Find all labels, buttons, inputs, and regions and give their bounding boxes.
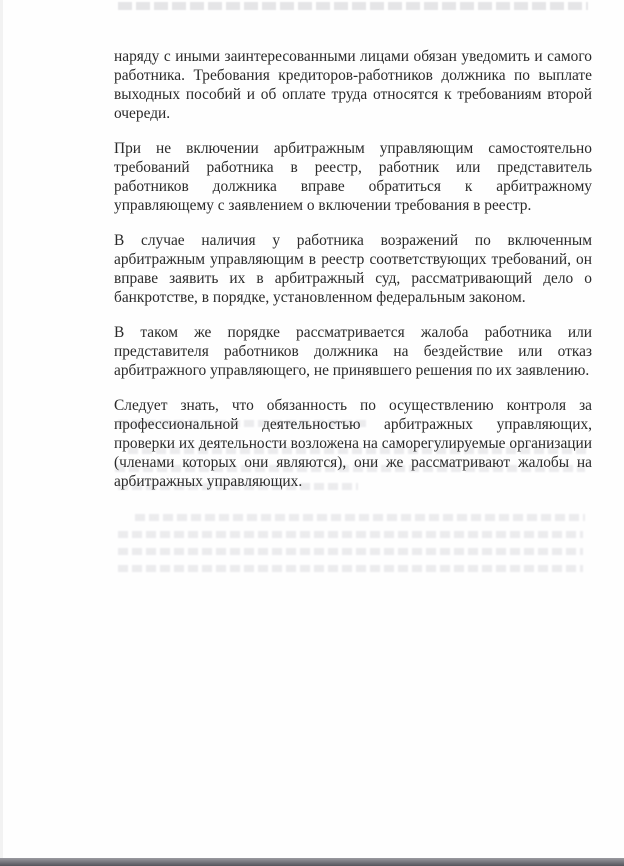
paragraph-objections: В случае наличия у работника возражений …	[114, 231, 592, 307]
bleed-through-line	[135, 514, 585, 521]
bleed-through-line	[118, 548, 583, 555]
bleed-through-line	[118, 531, 583, 538]
scanned-page: наряду с иными заинтересованными лицами …	[0, 0, 624, 858]
page-left-edge	[0, 0, 3, 858]
paragraph-registry-inclusion: При не включении арбитражным управляющим…	[114, 139, 592, 215]
document-body: наряду с иными заинтересованными лицами …	[114, 47, 592, 507]
scanner-bottom-edge	[0, 858, 624, 866]
paragraph-self-regulation: Следует знать, что обязанность по осущес…	[114, 396, 592, 491]
paragraph-complaint: В таком же порядке рассматривается жалоб…	[114, 323, 592, 380]
paragraph-notification: наряду с иными заинтересованными лицами …	[114, 47, 592, 123]
bleed-through-top-line	[118, 2, 588, 10]
bleed-through-line	[118, 565, 583, 572]
